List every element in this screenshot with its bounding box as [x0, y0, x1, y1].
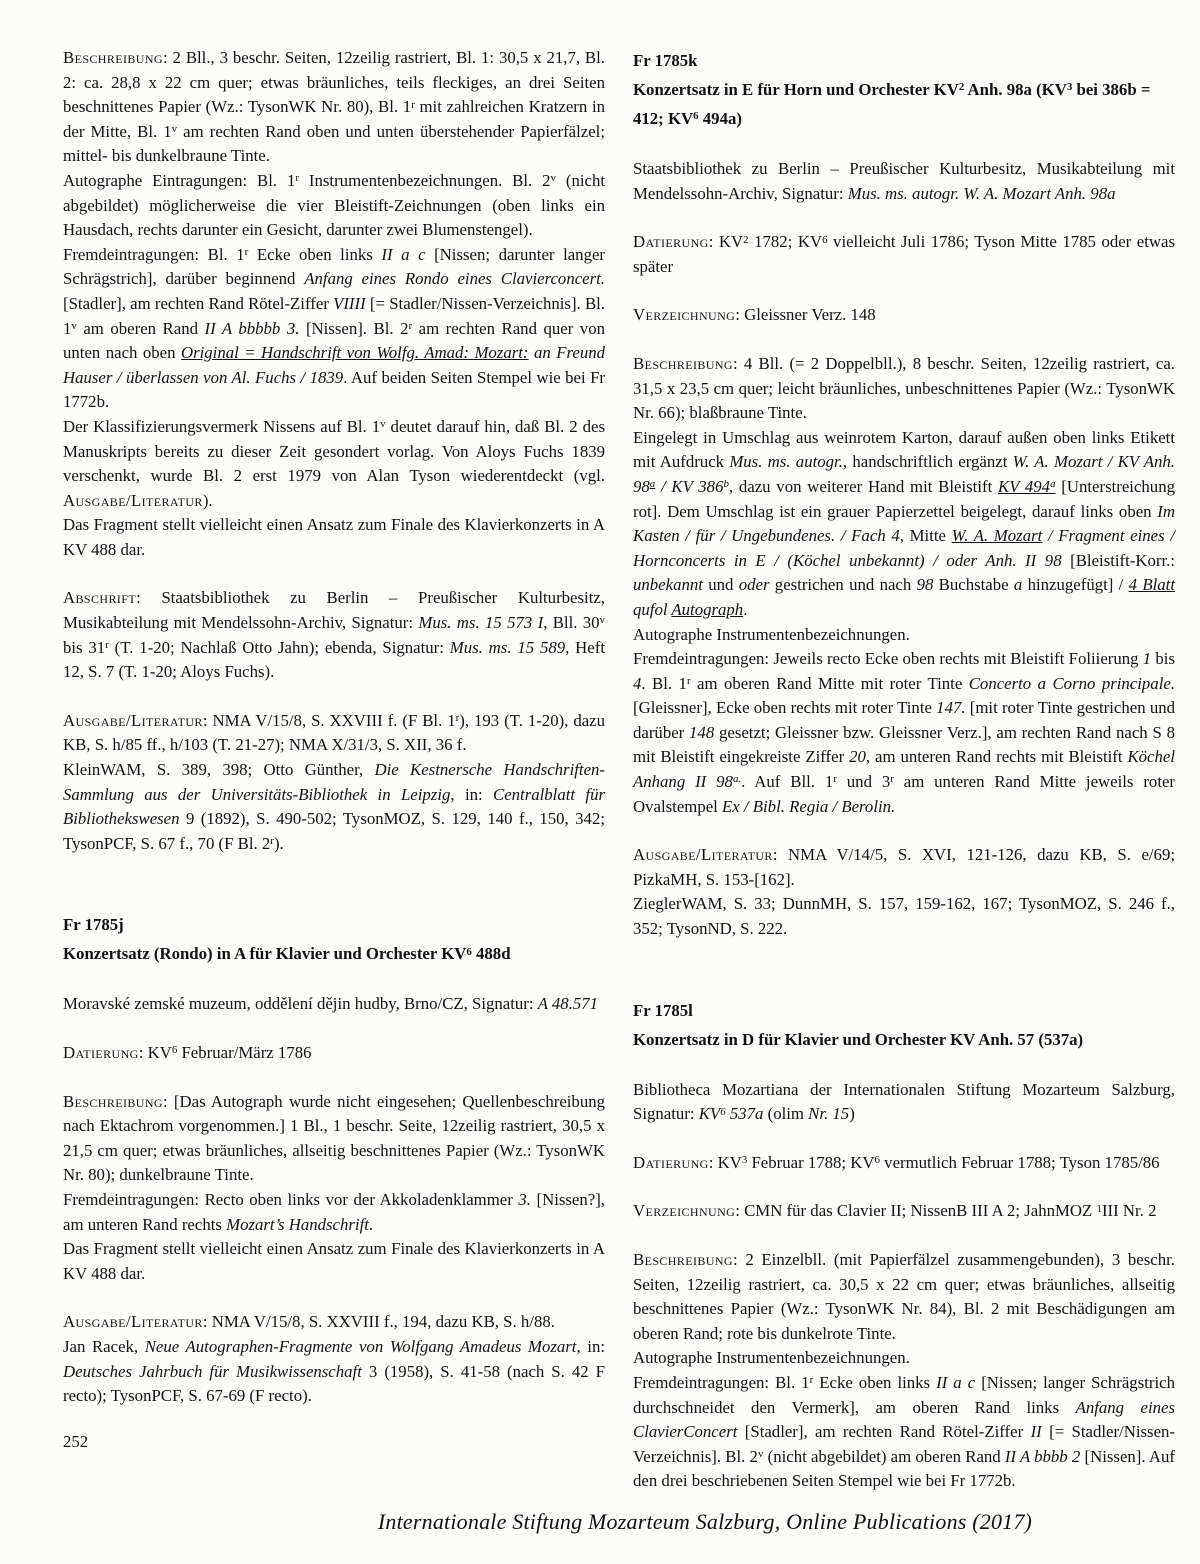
paragraph-spacer — [633, 279, 1175, 303]
paragraph-spacer — [633, 328, 1175, 352]
paragraph-beschreibung-fr1785l-1: Beschreibung: 2 Einzelbll. (mit Papierfä… — [633, 1248, 1175, 1346]
section-spacer — [63, 856, 605, 910]
paragraph-datierung-fr1785l: Datierung: KV3 Februar 1788; KV6 vermutl… — [633, 1151, 1175, 1176]
publication-footer: Internationale Stiftung Mozarteum Salzbu… — [0, 1510, 1200, 1535]
paragraph-spacer — [63, 1286, 605, 1310]
paragraph-spacer — [633, 819, 1175, 843]
paragraph-spacer — [633, 1224, 1175, 1248]
entry-id-fr1785k: Fr 1785k — [633, 46, 1175, 75]
entry-title-fr1785j: Konzertsatz (Rondo) in A für Klavier und… — [63, 939, 605, 968]
paragraph-datierung-fr1785j: Datierung: KV6 Februar/März 1786 — [63, 1041, 605, 1066]
page-number: 252 — [63, 1430, 88, 1455]
right-column: Fr 1785k Konzertsatz in E für Horn und O… — [633, 46, 1175, 1494]
paragraph-spacer — [63, 562, 605, 586]
left-column: Beschreibung: 2 Bll., 3 beschr. Seiten, … — [63, 46, 605, 1494]
paragraph-spacer — [633, 133, 1175, 157]
paragraph-fremdeintragungen: Fremdeintragungen: Bl. 1r Ecke oben link… — [63, 243, 605, 415]
paragraph-fremdeintragungen-fr1785l: Fremdeintragungen: Bl. 1r Ecke oben link… — [633, 1371, 1175, 1494]
entry-title-fr1785l: Konzertsatz in D für Klavier und Orchest… — [633, 1025, 1175, 1054]
paragraph-ausgabe-literatur-fr1785k-2: ZieglerWAM, S. 33; DunnMH, S. 157, 159-1… — [633, 892, 1175, 941]
paragraph-datierung-fr1785k: Datierung: KV2 1782; KV6 vielleicht Juli… — [633, 230, 1175, 279]
paragraph-fragment-hinweis-fr1785j: Das Fragment stellt vielleicht einen Ans… — [63, 1237, 605, 1286]
paragraph-ausgabe-literatur-fr1785k-1: Ausgabe/Literatur: NMA V/14/5, S. XVI, 1… — [633, 843, 1175, 892]
paragraph-spacer — [63, 685, 605, 709]
paragraph-klassifizierungsvermerk: Der Klassifizierungsvermerk Nissens auf … — [63, 415, 605, 513]
paragraph-beschreibung-fr1785i: Beschreibung: 2 Bll., 3 beschr. Seiten, … — [63, 46, 605, 169]
paragraph-abschrift: Abschrift: Staatsbibliothek zu Berlin – … — [63, 586, 605, 684]
paragraph-ausgabe-literatur-fr1785j-1: Ausgabe/Literatur: NMA V/15/8, S. XXVIII… — [63, 1310, 605, 1335]
paragraph-spacer — [63, 1017, 605, 1041]
paragraph-spacer — [633, 1127, 1175, 1151]
paragraph-beschreibung-fr1785l-2: Autographe Instrumentenbezeichnungen. — [633, 1346, 1175, 1371]
entry-title-fr1785k: Konzertsatz in E für Horn und Orchester … — [633, 75, 1175, 133]
paragraph-ausgabe-literatur-2: KleinWAM, S. 389, 398; Otto Günther, Die… — [63, 758, 605, 856]
paragraph-beschreibung-fr1785k-3: Autographe Instrumentenbezeichnungen. — [633, 623, 1175, 648]
paragraph-repository-fr1785l: Bibliotheca Mozartiana der International… — [633, 1078, 1175, 1127]
section-spacer — [633, 942, 1175, 996]
paragraph-beschreibung-fr1785j: Beschreibung: [Das Autograph wurde nicht… — [63, 1090, 605, 1188]
paragraph-ausgabe-literatur-fr1785j-2: Jan Racek, Neue Autographen-Fragmente vo… — [63, 1335, 605, 1409]
catalog-page: { "page": { "number": "252", "footer": "… — [0, 0, 1200, 1564]
paragraph-fremdeintragungen-fr1785j: Fremdeintragungen: Recto oben links vor … — [63, 1188, 605, 1237]
paragraph-spacer — [63, 1066, 605, 1090]
two-column-text-block: Beschreibung: 2 Bll., 3 beschr. Seiten, … — [0, 0, 1200, 1494]
paragraph-fremdeintragungen-fr1785k: Fremdeintragungen: Jeweils recto Ecke ob… — [633, 647, 1175, 819]
paragraph-spacer — [63, 968, 605, 992]
paragraph-spacer — [633, 1175, 1175, 1199]
paragraph-beschreibung-fr1785k-2: Eingelegt in Umschlag aus weinrotem Kart… — [633, 426, 1175, 623]
paragraph-ausgabe-literatur-1: Ausgabe/Literatur: NMA V/15/8, S. XXVIII… — [63, 709, 605, 758]
paragraph-spacer — [633, 206, 1175, 230]
paragraph-repository-fr1785j: Moravské zemské muzeum, oddělení dějin h… — [63, 992, 605, 1017]
paragraph-autographe-eintragungen: Autographe Eintragungen: Bl. 1r Instrume… — [63, 169, 605, 243]
paragraph-beschreibung-fr1785k-1: Beschreibung: 4 Bll. (= 2 Doppelbll.), 8… — [633, 352, 1175, 426]
entry-id-fr1785j: Fr 1785j — [63, 910, 605, 939]
paragraph-verzeichnung-fr1785l: Verzeichnung: CMN für das Clavier II; Ni… — [633, 1199, 1175, 1224]
paragraph-verzeichnung-fr1785k: Verzeichnung: Gleissner Verz. 148 — [633, 303, 1175, 328]
paragraph-repository-fr1785k: Staatsbibliothek zu Berlin – Preußischer… — [633, 157, 1175, 206]
paragraph-spacer — [633, 1054, 1175, 1078]
paragraph-fragment-hinweis: Das Fragment stellt vielleicht einen Ans… — [63, 513, 605, 562]
entry-id-fr1785l: Fr 1785l — [633, 996, 1175, 1025]
